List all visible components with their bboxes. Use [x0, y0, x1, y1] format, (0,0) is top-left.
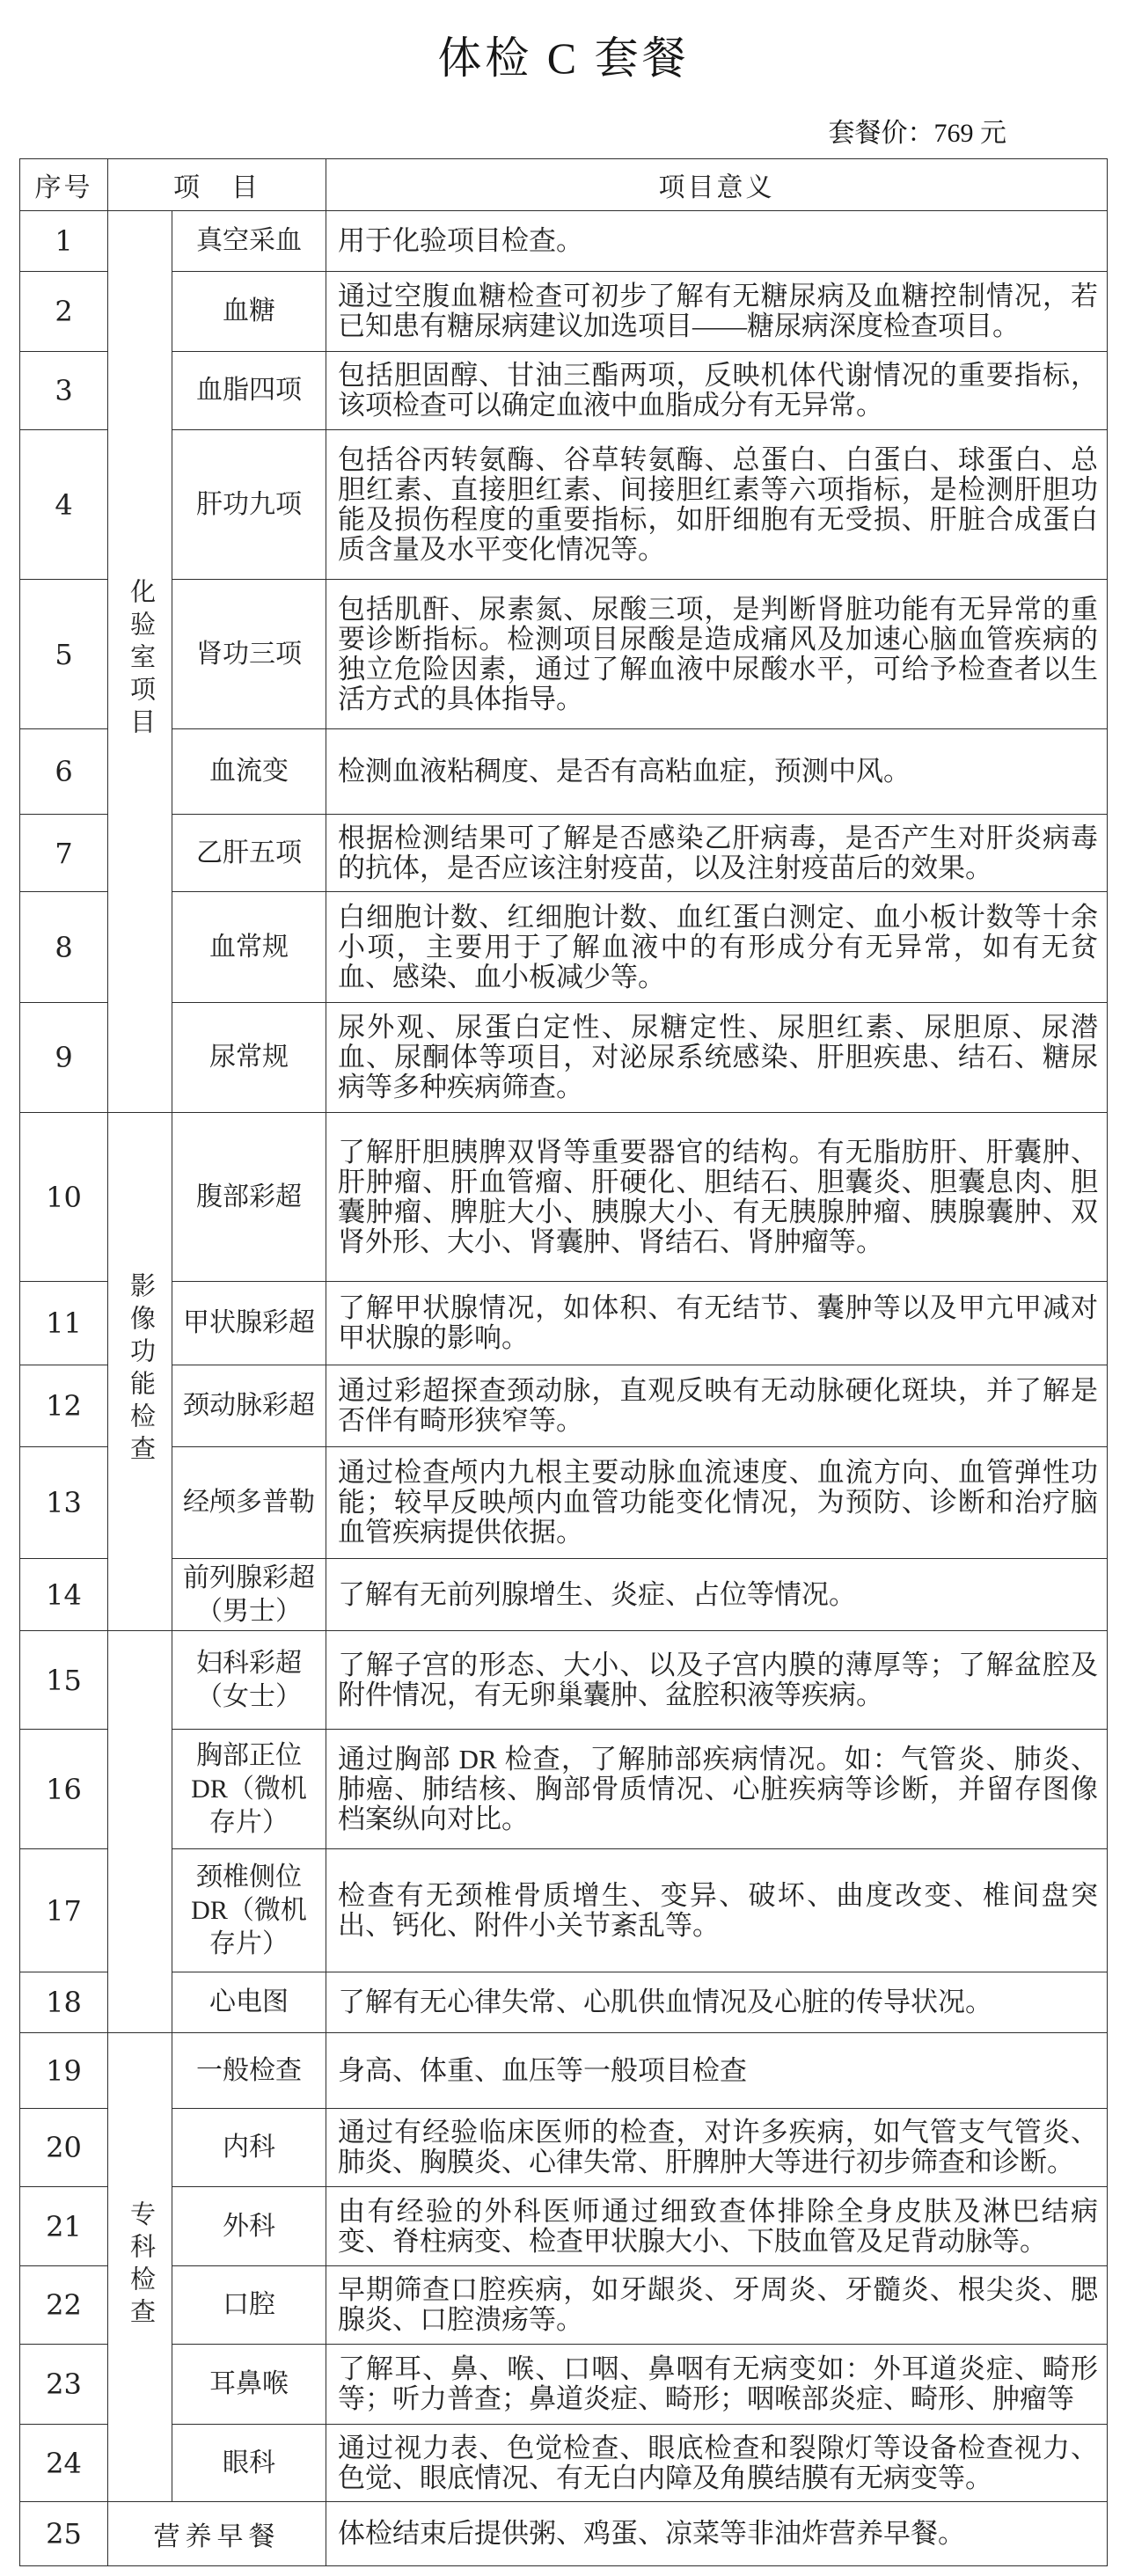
- item-meaning-cell: 体检结束后提供粥、鸡蛋、凉菜等非油炸营养早餐。: [326, 2502, 1108, 2566]
- row-index: 9: [20, 1003, 108, 1113]
- category-label: 化验室项目: [126, 578, 154, 741]
- row-index: 18: [20, 1972, 108, 2033]
- item-meaning-cell: 通过彩超探查颈动脉，直观反映有无动脉硬化斑块，并了解是否伴有畸形狭窄等。: [326, 1365, 1108, 1447]
- table-row: 6血流变检测血液粘稠度、是否有高粘血症，预测中风。: [20, 729, 1108, 815]
- item-name-cell: 真空采血: [172, 211, 326, 272]
- item-meaning-cell: 了解肝胆胰脾双肾等重要器官的结构。有无脂肪肝、肝囊肿、肝肿瘤、肝血管瘤、肝硬化、…: [326, 1113, 1108, 1282]
- row-index: 23: [20, 2345, 108, 2425]
- item-name-cell: 口腔: [172, 2266, 326, 2345]
- row-index: 22: [20, 2266, 108, 2345]
- item-name-cell: 妇科彩超（女士）: [172, 1631, 326, 1730]
- table-row: 16胸部正位DR（微机存片）通过胸部 DR 检查，了解肺部疾病情况。如：气管炎、…: [20, 1730, 1108, 1849]
- item-meaning-cell: 检查有无颈椎骨质增生、变异、破坏、曲度改变、椎间盘突出、钙化、附件小关节紊乱等。: [326, 1849, 1108, 1972]
- row-index: 16: [20, 1730, 108, 1849]
- item-meaning-cell: 白细胞计数、红细胞计数、血红蛋白测定、血小板计数等十余小项，主要用于了解血液中的…: [326, 892, 1108, 1003]
- item-meaning-cell: 了解子宫的形态、大小、以及子宫内膜的薄厚等；了解盆腔及附件情况，有无卵巢囊肿、盆…: [326, 1631, 1108, 1730]
- item-name-cell: 颈动脉彩超: [172, 1365, 326, 1447]
- row-index: 17: [20, 1849, 108, 1972]
- item-name-cell: 一般检查: [172, 2033, 326, 2109]
- table-row: 15妇科彩超（女士）了解子宫的形态、大小、以及子宫内膜的薄厚等；了解盆腔及附件情…: [20, 1631, 1108, 1730]
- item-name-cell: 内科: [172, 2109, 326, 2187]
- table-row: 5肾功三项包括肌酐、尿素氮、尿酸三项，是判断肾脏功能有无异常的重要诊断指标。检测…: [20, 580, 1108, 729]
- item-name-cell: 甲状腺彩超: [172, 1282, 326, 1365]
- row-index: 1: [20, 211, 108, 272]
- category-label: 影像功能检查: [126, 1272, 154, 1467]
- item-meaning-cell: 包括肌酐、尿素氮、尿酸三项，是判断肾脏功能有无异常的重要诊断指标。检测项目尿酸是…: [326, 580, 1108, 729]
- item-meaning-cell: 包括胆固醇、甘油三酯两项，反映机体代谢情况的重要指标，该项检查可以确定血液中血脂…: [326, 352, 1108, 430]
- item-name-cell: 腹部彩超: [172, 1113, 326, 1282]
- row-index: 19: [20, 2033, 108, 2109]
- table-row: 11甲状腺彩超了解甲状腺情况，如体积、有无结节、囊肿等以及甲亢甲减对甲状腺的影响…: [20, 1282, 1108, 1365]
- item-meaning-cell: 了解甲状腺情况，如体积、有无结节、囊肿等以及甲亢甲减对甲状腺的影响。: [326, 1282, 1108, 1365]
- item-meaning-cell: 检测血液粘稠度、是否有高粘血症，预测中风。: [326, 729, 1108, 815]
- item-meaning-cell: 包括谷丙转氨酶、谷草转氨酶、总蛋白、白蛋白、球蛋白、总胆红素、直接胆红素、间接胆…: [326, 430, 1108, 580]
- table-row: 14前列腺彩超（男士）了解有无前列腺增生、炎症、占位等情况。: [20, 1559, 1108, 1631]
- item-name-cell: 经颅多普勒: [172, 1447, 326, 1559]
- row-index: 4: [20, 430, 108, 580]
- item-meaning-cell: 了解耳、鼻、喉、口咽、鼻咽有无病变如：外耳道炎症、畸形等；听力普查；鼻道炎症、畸…: [326, 2345, 1108, 2425]
- row-index: 13: [20, 1447, 108, 1559]
- item-name-cell: 胸部正位DR（微机存片）: [172, 1730, 326, 1849]
- item-name-cell: 外科: [172, 2187, 326, 2266]
- item-meaning-cell: 早期筛查口腔疾病，如牙龈炎、牙周炎、牙髓炎、根尖炎、腮腺炎、口腔溃疡等。: [326, 2266, 1108, 2345]
- row-index: 12: [20, 1365, 108, 1447]
- package-price: 套餐价：769 元: [0, 111, 1127, 150]
- table-row: 3血脂四项包括胆固醇、甘油三酯两项，反映机体代谢情况的重要指标，该项检查可以确定…: [20, 352, 1108, 430]
- item-meaning-cell: 了解有无心律失常、心肌供血情况及心脏的传导状况。: [326, 1972, 1108, 2033]
- table-row: 24眼科通过视力表、色觉检查、眼底检查和裂隙灯等设备检查视力、色觉、眼底情况、有…: [20, 2425, 1108, 2502]
- page-title: 体检 C 套餐: [0, 0, 1127, 86]
- category-label: 专科检查: [126, 2200, 154, 2331]
- table-row: 25营养早餐体检结束后提供粥、鸡蛋、凉菜等非油炸营养早餐。: [20, 2502, 1108, 2566]
- row-index: 11: [20, 1282, 108, 1365]
- table-row: 22口腔早期筛查口腔疾病，如牙龈炎、牙周炎、牙髓炎、根尖炎、腮腺炎、口腔溃疡等。: [20, 2266, 1108, 2345]
- category-cell: 专科检查: [108, 2033, 172, 2502]
- header-item: 项 目: [108, 159, 326, 211]
- row-index: 6: [20, 729, 108, 815]
- item-name-cell: 肾功三项: [172, 580, 326, 729]
- row-index: 2: [20, 272, 108, 352]
- item-name-cell: 血糖: [172, 272, 326, 352]
- table-row: 1化验室项目真空采血用于化验项目检查。: [20, 211, 1108, 272]
- header-index: 序号: [20, 159, 108, 211]
- category-cell: 影像功能检查: [108, 1113, 172, 1631]
- row-index: 8: [20, 892, 108, 1003]
- table-row: 7乙肝五项根据检测结果可了解是否感染乙肝病毒，是否产生对肝炎病毒的抗体，是否应该…: [20, 815, 1108, 892]
- item-name-cell: 血常规: [172, 892, 326, 1003]
- item-name-cell: 肝功九项: [172, 430, 326, 580]
- item-meaning-cell: 身高、体重、血压等一般项目检查: [326, 2033, 1108, 2109]
- category-cell: 化验室项目: [108, 211, 172, 1113]
- row-index: 15: [20, 1631, 108, 1730]
- table-row: 8血常规白细胞计数、红细胞计数、血红蛋白测定、血小板计数等十余小项，主要用于了解…: [20, 892, 1108, 1003]
- item-meaning-cell: 用于化验项目检查。: [326, 211, 1108, 272]
- table-row: 4肝功九项包括谷丙转氨酶、谷草转氨酶、总蛋白、白蛋白、球蛋白、总胆红素、直接胆红…: [20, 430, 1108, 580]
- item-name-cell: 耳鼻喉: [172, 2345, 326, 2425]
- item-name-cell: 血流变: [172, 729, 326, 815]
- table-header-row: 序号 项 目 项目意义: [20, 159, 1108, 211]
- item-meaning-cell: 了解有无前列腺增生、炎症、占位等情况。: [326, 1559, 1108, 1631]
- row-index: 20: [20, 2109, 108, 2187]
- table-row: 23耳鼻喉了解耳、鼻、喉、口咽、鼻咽有无病变如：外耳道炎症、畸形等；听力普查；鼻…: [20, 2345, 1108, 2425]
- row-index: 21: [20, 2187, 108, 2266]
- item-name-cell: 颈椎侧位DR（微机存片）: [172, 1849, 326, 1972]
- item-name-cell: 乙肝五项: [172, 815, 326, 892]
- table-row: 2血糖通过空腹血糖检查可初步了解有无糖尿病及血糖控制情况，若已知患有糖尿病建议加…: [20, 272, 1108, 352]
- table-row: 12颈动脉彩超通过彩超探查颈动脉，直观反映有无动脉硬化斑块，并了解是否伴有畸形狭…: [20, 1365, 1108, 1447]
- table-row: 9尿常规尿外观、尿蛋白定性、尿糖定性、尿胆红素、尿胆原、尿潜血、尿酮体等项目，对…: [20, 1003, 1108, 1113]
- table-row: 18心电图了解有无心律失常、心肌供血情况及心脏的传导状况。: [20, 1972, 1108, 2033]
- table-row: 13经颅多普勒通过检查颅内九根主要动脉血流速度、血流方向、血管弹性功能；较早反映…: [20, 1447, 1108, 1559]
- table-row: 19专科检查一般检查身高、体重、血压等一般项目检查: [20, 2033, 1108, 2109]
- row-index: 5: [20, 580, 108, 729]
- category-cell: [108, 1631, 172, 2033]
- item-meaning-cell: 通过有经验临床医师的检查，对许多疾病，如气管支气管炎、肺炎、胸膜炎、心律失常、肝…: [326, 2109, 1108, 2187]
- item-name-cell: 心电图: [172, 1972, 326, 2033]
- item-meaning-cell: 通过胸部 DR 检查，了解肺部疾病情况。如：气管炎、肺炎、肺癌、肺结核、胸部骨质…: [326, 1730, 1108, 1849]
- table-row: 10影像功能检查腹部彩超了解肝胆胰脾双肾等重要器官的结构。有无脂肪肝、肝囊肿、肝…: [20, 1113, 1108, 1282]
- table-row: 17颈椎侧位DR（微机存片）检查有无颈椎骨质增生、变异、破坏、曲度改变、椎间盘突…: [20, 1849, 1108, 1972]
- table-row: 20内科通过有经验临床医师的检查，对许多疾病，如气管支气管炎、肺炎、胸膜炎、心律…: [20, 2109, 1108, 2187]
- table-row: 21外科由有经验的外科医师通过细致查体排除全身皮肤及淋巴结病变、脊柱病变、检查甲…: [20, 2187, 1108, 2266]
- item-name-cell: 眼科: [172, 2425, 326, 2502]
- row-index: 14: [20, 1559, 108, 1631]
- row-index: 10: [20, 1113, 108, 1282]
- item-meaning-cell: 通过空腹血糖检查可初步了解有无糖尿病及血糖控制情况，若已知患有糖尿病建议加选项目…: [326, 272, 1108, 352]
- document-page: 体检 C 套餐 套餐价：769 元 序号 项 目 项目意义 1化验室项目真空采血…: [0, 0, 1127, 2576]
- item-meaning-cell: 尿外观、尿蛋白定性、尿糖定性、尿胆红素、尿胆原、尿潜血、尿酮体等项目，对泌尿系统…: [326, 1003, 1108, 1113]
- header-meaning: 项目意义: [326, 159, 1108, 211]
- row-index: 3: [20, 352, 108, 430]
- item-name-cell: 尿常规: [172, 1003, 326, 1113]
- item-meaning-cell: 由有经验的外科医师通过细致查体排除全身皮肤及淋巴结病变、脊柱病变、检查甲状腺大小…: [326, 2187, 1108, 2266]
- row-index: 25: [20, 2502, 108, 2566]
- item-name-cell: 血脂四项: [172, 352, 326, 430]
- row-index: 24: [20, 2425, 108, 2502]
- item-meaning-cell: 根据检测结果可了解是否感染乙肝病毒，是否产生对肝炎病毒的抗体，是否应该注射疫苗，…: [326, 815, 1108, 892]
- item-meaning-cell: 通过检查颅内九根主要动脉血流速度、血流方向、血管弹性功能；较早反映颅内血管功能变…: [326, 1447, 1108, 1559]
- item-name-cell: 营养早餐: [108, 2502, 326, 2566]
- row-index: 7: [20, 815, 108, 892]
- item-meaning-cell: 通过视力表、色觉检查、眼底检查和裂隙灯等设备检查视力、色觉、眼底情况、有无白内障…: [326, 2425, 1108, 2502]
- item-name-cell: 前列腺彩超（男士）: [172, 1559, 326, 1631]
- exam-package-table: 序号 项 目 项目意义 1化验室项目真空采血用于化验项目检查。2血糖通过空腹血糖…: [19, 158, 1108, 2566]
